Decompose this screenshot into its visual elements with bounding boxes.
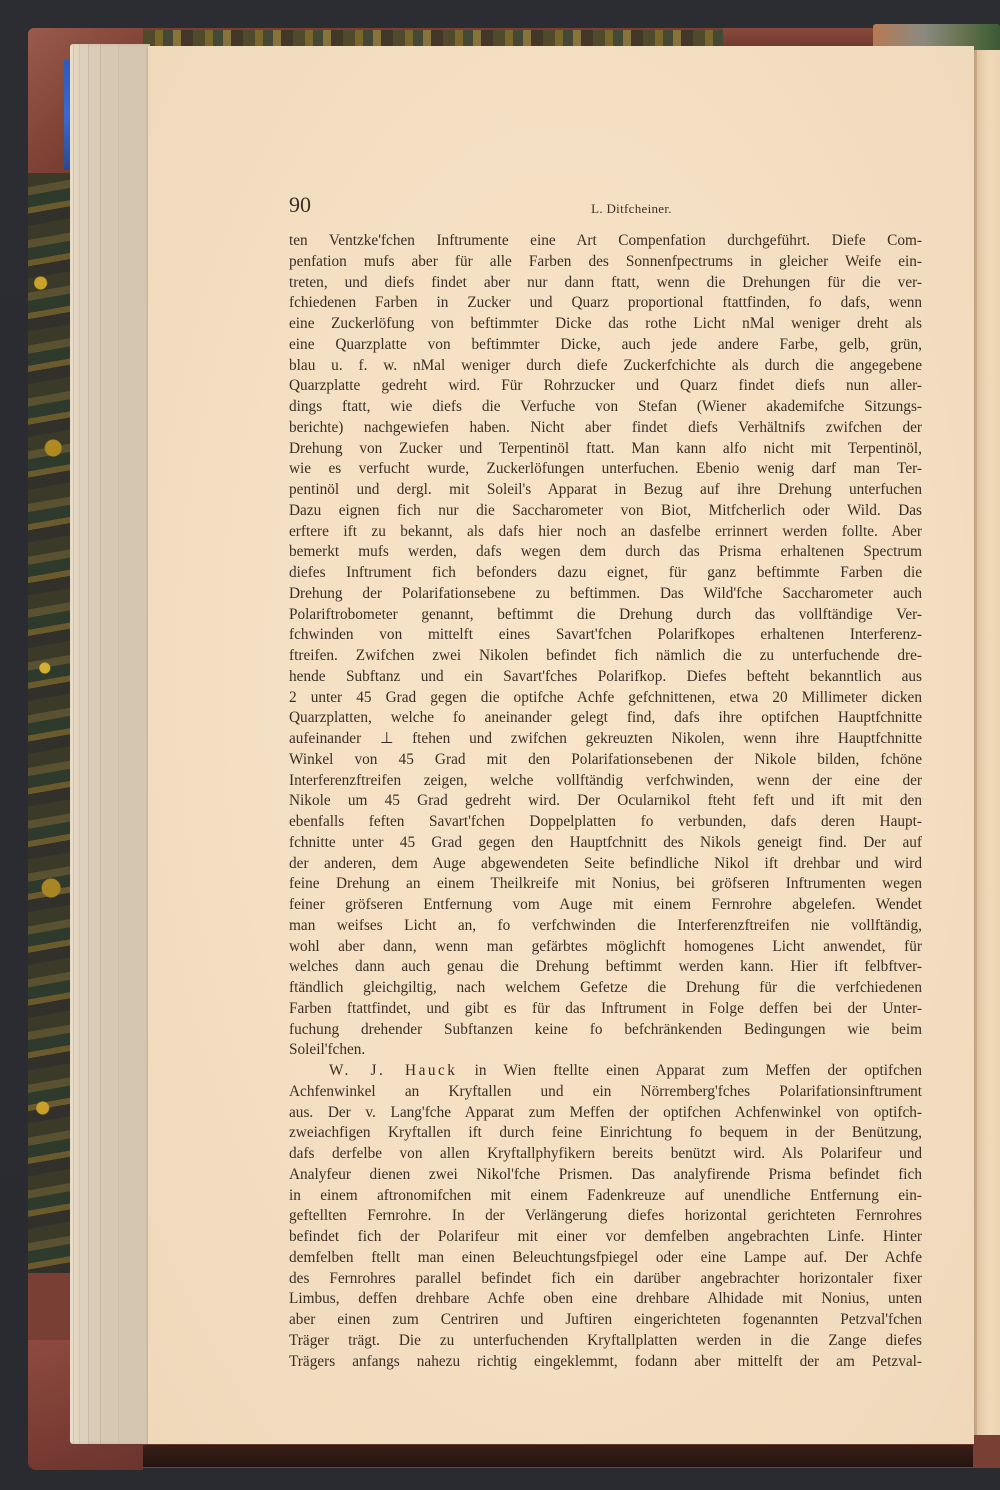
text-line: demfelben ftellt man einen Beleuchtungsf… — [289, 1248, 922, 1269]
page-stack-edges — [70, 44, 150, 1444]
facing-page-edge — [974, 50, 1000, 1435]
text-line: wohl aber dann, wenn man gefärbtes mögli… — [289, 937, 922, 958]
text-line: Limbus, deffen drehbare Achfe oben eine … — [289, 1289, 922, 1310]
text-line: eine Zuckerlöfung von beftimmter Dicke d… — [289, 314, 922, 335]
text-line: bemerkt mufs werden, dafs wegen dem durc… — [289, 542, 922, 563]
text-line: pentinöl und dergl. mit Soleil's Apparat… — [289, 480, 922, 501]
page-header: 90 L. Ditfcheiner. — [289, 192, 934, 222]
text-line: Quarzplatten, welche fo aneinander geleg… — [289, 708, 922, 729]
text-line: des Fernrohres parallel befindet fich ei… — [289, 1269, 922, 1290]
text-line: fchnitte unter 45 Grad gegen den Hauptfc… — [289, 833, 922, 854]
paragraph-2-first-line: W. J. Hauck in Wien ftellte einen Appara… — [289, 1061, 922, 1082]
text-line: blau u. f. w. nMal weniger durch diefe Z… — [289, 356, 922, 377]
text-line: fchiedenen Farben in Zucker und Quarz pr… — [289, 293, 922, 314]
marbled-board-left — [28, 173, 70, 1273]
text-line: dings ftatt, wie diefs die Verfuche von … — [289, 397, 922, 418]
text-line: eine Quarzplatte von beftimmter Dicke, a… — [289, 335, 922, 356]
text-line: der anderen, dem Auge abgewendeten Seite… — [289, 854, 922, 875]
text-line: aus. Der v. Lang'fche Apparat zum Meffen… — [289, 1103, 922, 1124]
text-line: Drehung von Zucker und Terpentinöl ftatt… — [289, 439, 922, 460]
text-line: treten, und diefs findet aber nur dann f… — [289, 273, 922, 294]
text-line: welches dann auch genau die Drehung beft… — [289, 957, 922, 978]
text-line: Trägers anfangs nahezu richtig eingeklem… — [289, 1352, 922, 1373]
text-line: ftreifen. Zwifchen zwei Nikolen befindet… — [289, 646, 922, 667]
text-line: ebenfalls feften Savart'fchen Doppelplat… — [289, 812, 922, 833]
text-line: Dazu eignen fich nur die Saccharometer v… — [289, 501, 922, 522]
text-line: erftere ift zu bekannt, als dafs hier no… — [289, 522, 922, 543]
text-line: Drehung der Polarifationsebene zu beftim… — [289, 584, 922, 605]
text-line: diefes Inftrument fich befonders dazu ei… — [289, 563, 922, 584]
cover-bottom-edge — [143, 1445, 973, 1467]
text-line: berichte) nachgewiefen haben. Nicht aber… — [289, 418, 922, 439]
text-line: fuchung drehender Subftanzen keine fo be… — [289, 1020, 922, 1041]
text-line: Farben ftattfindet, und gibt es für das … — [289, 999, 922, 1020]
text-line: man weifses Licht an, fo verfchwinden di… — [289, 916, 922, 937]
text-line: feine Drehung an einem Theilkreife mit N… — [289, 874, 922, 895]
author-name-spaced: W. J. Hauck — [329, 1062, 457, 1079]
text-line: Achfenwinkel an Kryftallen und ein Nörre… — [289, 1082, 922, 1103]
text-line: wie es verfucht wurde, Zuckerlöfungen un… — [289, 459, 922, 480]
body-text: ten Ventzke'fchen Inftrumente eine Art C… — [289, 231, 922, 1372]
text-line: Quarzplatte gedreht wird. Für Rohrzucker… — [289, 376, 922, 397]
text-line: Interferenzftreifen zeigen, welche vollf… — [289, 771, 922, 792]
text-line: penfation mufs aber für alle Farben des … — [289, 252, 922, 273]
text-line: aber einen zum Centriren und Juftiren ei… — [289, 1310, 922, 1331]
text-line: feiner gröfseren Entfernung vom Auge mit… — [289, 895, 922, 916]
leather-spine-top — [723, 28, 873, 48]
text-line: Analyfeur dienen zwei Nikol'fche Prismen… — [289, 1165, 922, 1186]
text-line: in einem aftronomifchen mit einem Fadenk… — [289, 1186, 922, 1207]
running-head: L. Ditfcheiner. — [289, 201, 934, 217]
text-line: ten Ventzke'fchen Inftrumente eine Art C… — [289, 231, 922, 252]
text-line: ftändlich gleichgiltig, nach welchem Gef… — [289, 978, 922, 999]
text-line: zweiachfigen Kryftallen ift durch feine … — [289, 1123, 922, 1144]
text-line: dafs derfelbe von allen Kryftallphyfiker… — [289, 1144, 922, 1165]
text-line: aufeinander ⊥ ftehen und zwifchen gekreu… — [289, 729, 922, 750]
text-line: Nikole um 45 Grad gedreht wird. Der Ocul… — [289, 791, 922, 812]
text-line: geftellten Fernrohre. In der Verlängerun… — [289, 1206, 922, 1227]
text-fragment: in Wien ftellte einen Apparat zum Meffen… — [457, 1062, 922, 1079]
text-line: Träger trägt. Die zu unterfuchenden Kryf… — [289, 1331, 922, 1352]
scanned-book-scene: 90 L. Ditfcheiner. ten Ventzke'fchen Inf… — [0, 0, 1000, 1490]
text-line: fchwinden von mittelft eines Savart'fche… — [289, 625, 922, 646]
text-line: hende Subftanz und ein Savart'fches Pola… — [289, 667, 922, 688]
text-line: Soleil'fchen. — [289, 1040, 922, 1061]
text-line: Winkel von 45 Grad mit den Polarifations… — [289, 750, 922, 771]
text-line: befindet fich der Polarifeur mit einer v… — [289, 1227, 922, 1248]
text-line: Polariftrobometer genannt, beftimmt die … — [289, 605, 922, 626]
text-line: 2 unter 45 Grad gegen die optifche Achfe… — [289, 688, 922, 709]
